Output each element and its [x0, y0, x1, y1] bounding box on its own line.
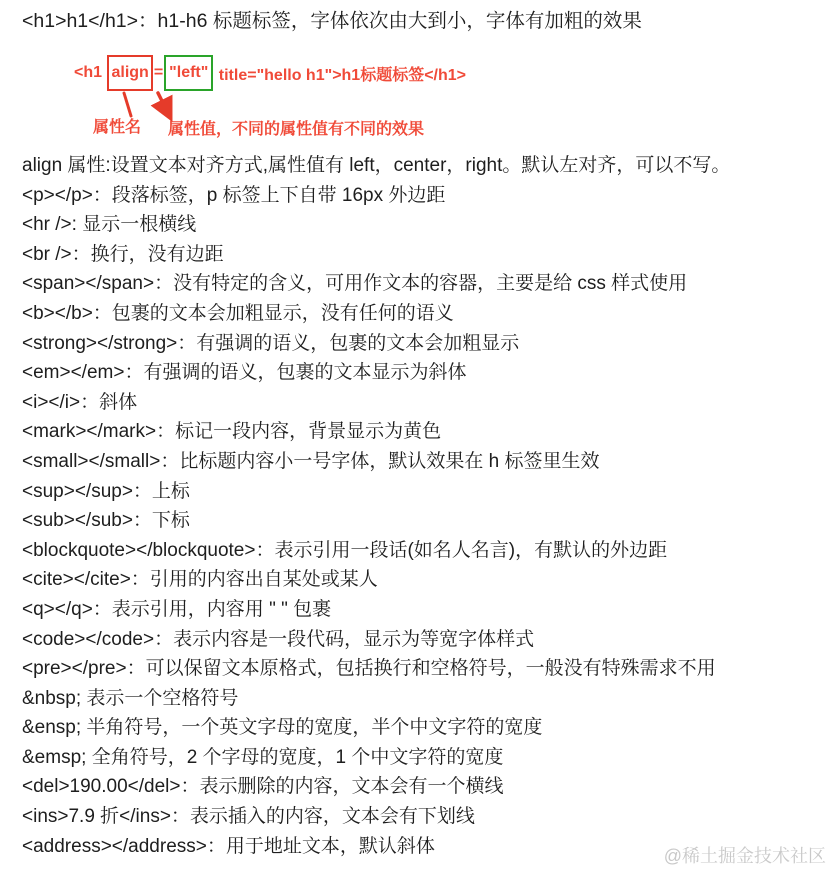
- note-line: &ensp; 半角符号，一个英文字母的宽度，半个中文字符的宽度: [22, 713, 822, 743]
- note-line: <small></small>：比标题内容小一号字体，默认效果在 h 标签里生效: [22, 447, 822, 477]
- note-line: <i></i>：斜体: [22, 388, 822, 418]
- note-line: <pre></pre>：可以保留文本原格式，包括换行和空格符号，一般没有特殊需求…: [22, 654, 822, 684]
- note-line: <ins>7.9 折</ins>：表示插入的内容，文本会有下划线: [22, 802, 822, 832]
- note-line: <cite></cite>：引用的内容出自某处或某人: [22, 565, 822, 595]
- note-line: <span></span>：没有特定的含义，可用作文本的容器，主要是给 css …: [22, 269, 822, 299]
- code-example-line: <h1 align = "left" title="hello h1">h1标题…: [74, 52, 466, 94]
- down-arrow-icon: [124, 93, 131, 116]
- code-prefix: <h1: [74, 64, 106, 82]
- note-line: <sup></sup>：上标: [22, 477, 822, 507]
- notes-list: align 属性:设置文本对齐方式,属性值有 left，center，right…: [22, 151, 822, 861]
- note-line: <strong></strong>：有强调的语义，包裹的文本会加粗显示: [22, 329, 822, 359]
- note-line: <blockquote></blockquote>：表示引用一段话(如名人名言)…: [22, 536, 822, 566]
- note-line: <b></b>：包裹的文本会加粗显示，没有任何的语义: [22, 299, 822, 329]
- attr-value-box: "left": [164, 55, 213, 91]
- note-line: <mark></mark>：标记一段内容，背景显示为黄色: [22, 417, 822, 447]
- note-line: &emsp; 全角符号，2 个字母的宽度，1 个中文字符的宽度: [22, 743, 822, 773]
- note-line: <del>190.00</del>：表示删除的内容，文本会有一个横线: [22, 772, 822, 802]
- attr-name-callout: 属性名: [93, 114, 141, 137]
- code-equals: =: [154, 64, 163, 82]
- note-line: <code></code>：表示内容是一段代码，显示为等宽字体样式: [22, 625, 822, 655]
- note-line: <q></q>：表示引用，内容用 " " 包裹: [22, 595, 822, 625]
- code-suffix: title="hello h1">h1标题标签</h1>: [214, 62, 466, 85]
- heading-line: <h1>h1</h1>：h1-h6 标题标签，字体依次由大到小，字体有加粗的效果: [22, 8, 642, 34]
- attr-name-box: align: [107, 55, 152, 91]
- note-line: <p></p>：段落标签，p 标签上下自带 16px 外边距: [22, 181, 822, 211]
- notes-page: <h1>h1</h1>：h1-h6 标题标签，字体依次由大到小，字体有加粗的效果…: [0, 0, 832, 874]
- note-line: <sub></sub>：下标: [22, 506, 822, 536]
- note-line: align 属性:设置文本对齐方式,属性值有 left，center，right…: [22, 151, 822, 181]
- attr-value-callout: 属性值，不同的属性值有不同的效果: [168, 116, 424, 139]
- note-line: <em></em>：有强调的语义，包裹的文本显示为斜体: [22, 358, 822, 388]
- note-line: <br />：换行，没有边距: [22, 240, 822, 270]
- down-arrow-icon: [158, 93, 167, 111]
- watermark: @稀土掘金技术社区: [664, 842, 826, 868]
- note-line: <hr />: 显示一根横线: [22, 210, 822, 240]
- note-line: &nbsp; 表示一个空格符号: [22, 684, 822, 714]
